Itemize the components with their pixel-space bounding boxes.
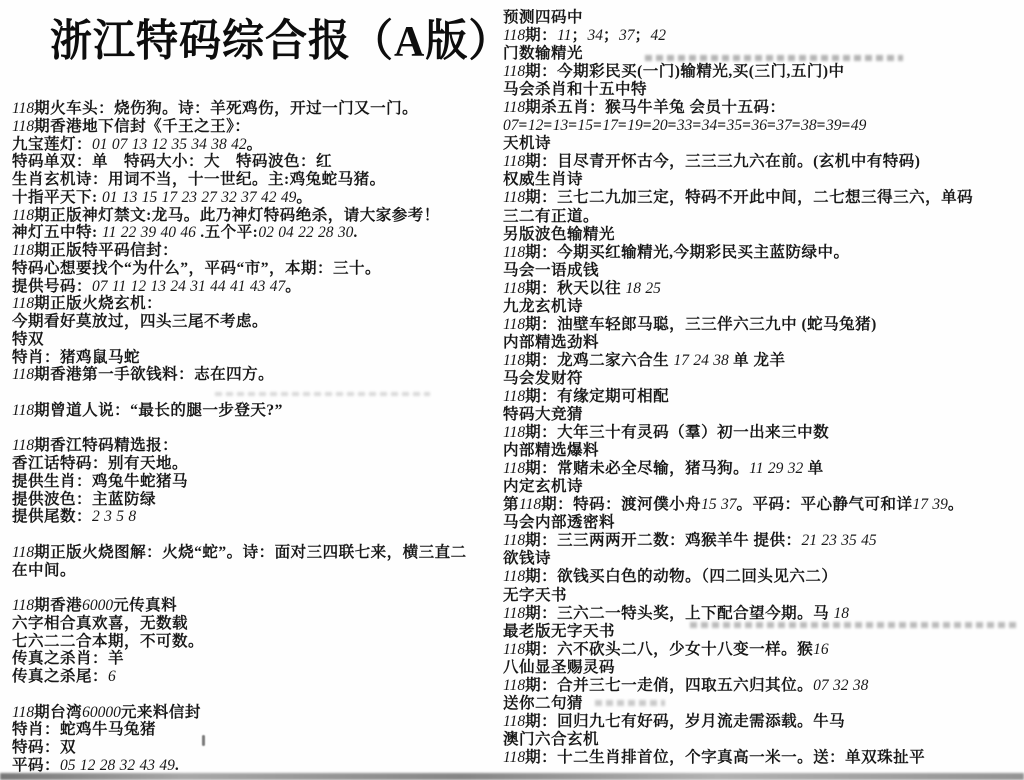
text-line: 118期：秋天以往 18 25: [503, 280, 1024, 298]
text-line: 118期：六不砍头二八，少女十八变一样。猴16: [503, 641, 1024, 659]
text-line: 预测四码中: [503, 9, 1024, 27]
text-line: 平码：05 12 28 32 43 49.: [12, 757, 512, 775]
text-line: 传真之杀肖：羊: [12, 650, 512, 668]
text-line: 118期：回归九七有好码，岁月流走需添载。牛马: [503, 713, 1024, 731]
text-line: 118期：龙鸡二家六合生 17 24 38 单 龙羊: [503, 352, 1024, 370]
scan-smudge: [215, 392, 430, 396]
text-line: [12, 526, 512, 544]
text-line: 118期正版特平码信封：: [12, 242, 512, 260]
text-line: 权威生肖诗: [503, 171, 1024, 189]
text-line: [12, 686, 512, 704]
text-line: 特双: [12, 331, 512, 349]
text-line: 特码心想要找个“为什么”，平码“市”，本期：三十。: [12, 260, 512, 278]
text-line: 118期：三三两两开二数：鸡猴羊牛 提供：21 23 35 45: [503, 532, 1024, 550]
text-line: 特肖：猪鸡鼠马蛇: [12, 349, 512, 367]
text-line: [12, 579, 512, 597]
text-line: 九宝莲灯：01 07 13 12 35 34 38 42。: [12, 136, 512, 154]
text-line: 提供波色：主蓝防绿: [12, 491, 512, 509]
text-line: 118期火车头：烧伤狗。诗：羊死鸡伤，开过一门又一门。: [12, 100, 512, 118]
text-line: 内部精选爆料: [503, 442, 1024, 460]
scan-smudge: [595, 700, 665, 706]
text-line: 118期台湾60000元来料信封: [12, 704, 512, 722]
text-line: 118期：十二生肖排首位，个字真高一米一。送：单双珠扯平: [503, 749, 1024, 767]
text-line: 118期香江特码精选报：: [12, 437, 512, 455]
text-line: 118期：欲钱买白色的动物。（四二回头见六二）: [503, 568, 1024, 586]
left-column: 118期火车头：烧伤狗。诗：羊死鸡伤，开过一门又一门。118期香港地下信封《千王…: [12, 100, 512, 775]
text-line: 07=12=13=15=17=19=20=33=34=35=36=37=38=3…: [503, 117, 1024, 135]
text-line: 118期：11；34；37；42: [503, 27, 1024, 45]
text-line: 118期正版神灯禁文:龙马。此乃神灯特码绝杀，请大家参考！: [12, 207, 512, 225]
scan-edge-shadow: [0, 773, 1024, 780]
text-line: 118期：油壁车轻郎马聪，三三伴六三九中 (蛇马兔猪): [503, 316, 1024, 334]
text-line: 天机诗: [503, 135, 1024, 153]
text-line: 生肖玄机诗：用词不当，十一世纪。主:鸡兔蛇马猪。: [12, 171, 512, 189]
text-line: 118期：大年三十有灵码（羣）初一出来三中数: [503, 424, 1024, 442]
text-line: 特码单双：单 特码大小：大 特码波色：红: [12, 153, 512, 171]
text-line: [12, 420, 512, 438]
text-line: 特码：双: [12, 739, 512, 757]
text-line: 118期：目尽青开怀古今，三三三九六在前。(玄机中有特码): [503, 153, 1024, 171]
text-line: 九龙玄机诗: [503, 298, 1024, 316]
text-line: 118期：三七二九加三定，特码不开此中间，二七想三得三六，单码: [503, 189, 1024, 207]
text-line: 马会杀肖和十五中特: [503, 81, 1024, 99]
text-line: 神灯五中特: 11 22 39 40 46 .五个平:02 04 22 28 3…: [12, 224, 512, 242]
scanned-lottery-sheet: 浙江特码综合报（A版） 118期火车头：烧伤狗。诗：羊死鸡伤，开过一门又一门。1…: [0, 0, 1024, 780]
text-line: 马会内部透密料: [503, 514, 1024, 532]
text-line: 七六二二合本期，不可数。: [12, 633, 512, 651]
text-line: 无字天书: [503, 587, 1024, 605]
scan-smudge: [690, 622, 1020, 628]
scan-smudge: [645, 55, 903, 61]
text-line: 三二有正道。: [503, 208, 1024, 226]
text-line: 118期杀五肖：猴马牛羊兔 会员十五码：: [503, 99, 1024, 117]
text-line: 十指平天下: 01 13 15 17 23 27 32 37 42 49。: [12, 189, 512, 207]
page-title: 浙江特码综合报（A版）: [50, 7, 511, 69]
text-line: 118期香港地下信封《千王之王》：: [12, 118, 512, 136]
text-line: 马会一语成钱: [503, 262, 1024, 280]
text-line: 118期：常赌未必全尽输，猪马狗。11 29 32 单: [503, 460, 1024, 478]
text-line: 118期：合并三七一走俏，四取五六归其位。07 32 38: [503, 677, 1024, 695]
text-line: 第118期：特码：渡河僕小舟15 37。平码：平心静气可和详17 39。: [503, 496, 1024, 514]
text-line: 今期看好莫放过，四头三尾不考虑。: [12, 313, 512, 331]
text-line: 118期正版火烧玄机：: [12, 295, 512, 313]
text-line: 118期：今期彩民买(一门)输精光,买(三门,五门)中: [503, 63, 1024, 81]
text-line: 马会发财符: [503, 370, 1024, 388]
text-line: 提供生肖：鸡兔牛蛇猪马: [12, 473, 512, 491]
text-line: 八仙显圣赐灵码: [503, 659, 1024, 677]
text-line: 118期：有缘定期可相配: [503, 388, 1024, 406]
text-line: 传真之杀尾：6: [12, 668, 512, 686]
text-line: 118期曾道人说：“最长的腿一步登天?”: [12, 402, 512, 420]
text-line: 特码大竞猜: [503, 406, 1024, 424]
text-line: 澳门六合玄机: [503, 731, 1024, 749]
text-line: 118期香港第一手欲钱料：志在四方。: [12, 366, 512, 384]
scan-stray-mark: [202, 735, 205, 746]
text-line: 内部精选劲料: [503, 334, 1024, 352]
text-line: 内定玄机诗: [503, 478, 1024, 496]
text-line: 提供尾数：2 3 5 8: [12, 508, 512, 526]
text-line: 香江话特码：别有天地。: [12, 455, 512, 473]
text-line: 欲钱诗: [503, 550, 1024, 568]
text-line: 118期：三六二一特头奖，上下配合望今期。马 18: [503, 605, 1024, 623]
text-line: 118期香港6000元传真料: [12, 597, 512, 615]
text-line: 提供号码：07 11 12 13 24 31 44 41 43 47。: [12, 278, 512, 296]
text-line: 送你二句猜: [503, 695, 1024, 713]
text-line: 六字相合真欢喜，无数载: [12, 615, 512, 633]
text-line: 118期：今期买红输精光,今期彩民买主蓝防绿中。: [503, 244, 1024, 262]
text-line: 在中间。: [12, 562, 512, 580]
text-line: 特肖：蛇鸡牛马兔猪: [12, 721, 512, 739]
right-column: 预测四码中118期：11；34；37；42门数输精光118期：今期彩民买(一门)…: [503, 9, 1024, 767]
text-line: 另版波色输精光: [503, 226, 1024, 244]
text-line: 118期正版火烧图解：火烧“蛇”。诗：面对三四联七来，横三直二: [12, 544, 512, 562]
